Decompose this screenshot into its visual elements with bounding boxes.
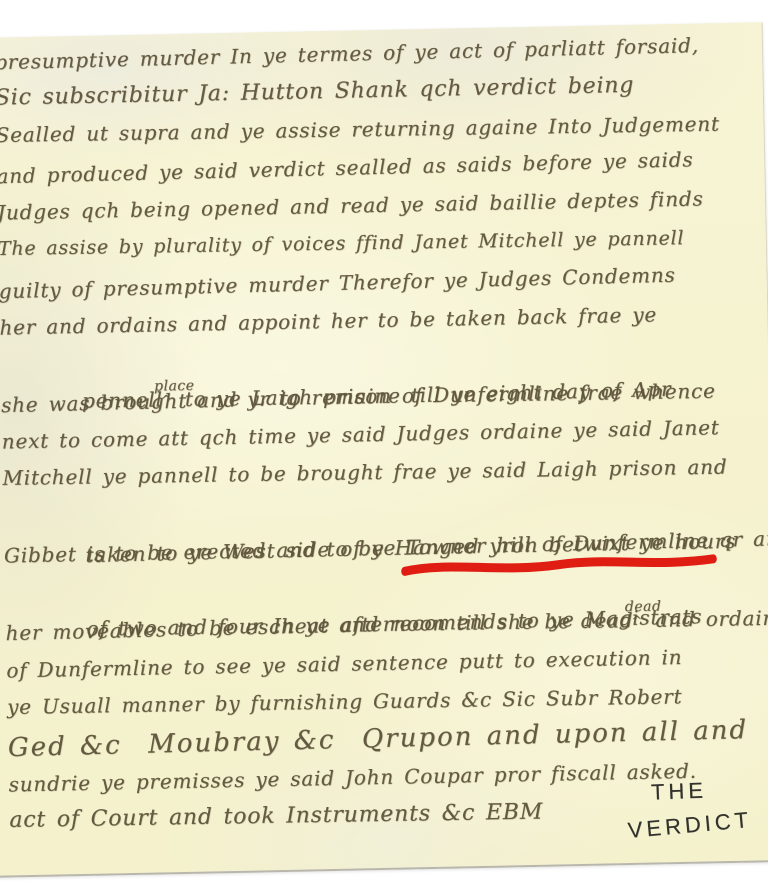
line-text: ye Usuall manner by furnishing Guards &c…: [7, 684, 683, 719]
line-text: act of Court and took Instruments &c EBM: [9, 799, 543, 832]
verdict-annotation: THE VERDICT: [627, 776, 768, 839]
verdict-annotation-line1: THE: [650, 775, 767, 805]
line-text: taken to ye West side of ye: [85, 536, 406, 568]
verdict-annotation-line2: VERDICT: [627, 805, 768, 843]
manuscript-paper: presumptive murder In ye termes of ye ac…: [0, 22, 768, 878]
underlined-phrase-text: Towner hill of Dunfermline: [406, 528, 709, 559]
line-text: of Dunfermline to see ye said sentence p…: [6, 644, 682, 682]
manuscript-text-block: presumptive murder In ye termes of ye ac…: [0, 27, 752, 842]
scanned-manuscript-page: presumptive murder In ye termes of ye ac…: [0, 0, 768, 894]
line-text: qr ane: [709, 526, 768, 552]
underlined-phrase: Towner hill of Dunfermline: [406, 521, 710, 566]
line-text: The assise by plurality of voices ffind …: [0, 228, 684, 261]
